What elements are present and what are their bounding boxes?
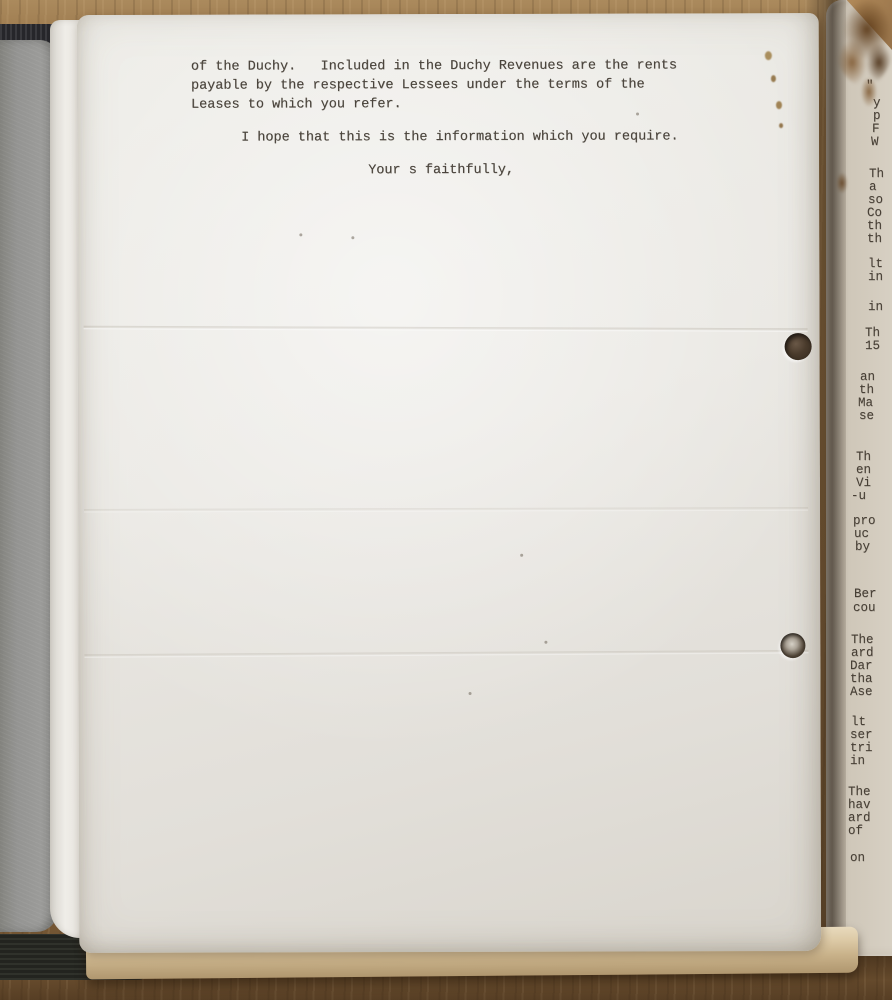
stain-speck <box>765 51 772 60</box>
right-page-text-fragment: W <box>871 136 879 149</box>
letter-body-line: payable by the respective Lessees under … <box>191 75 645 96</box>
right-page-text-fragment: by <box>855 541 870 554</box>
letter-signoff: Your s faithfully, <box>368 161 514 181</box>
right-page-text-fragment: Ber <box>854 588 877 601</box>
paper-speck <box>544 641 547 644</box>
paper-speck <box>351 236 354 239</box>
photographed-letter-scene: "ypFWThasoCoththltininTh15anthMaseThenVi… <box>0 0 892 1000</box>
paper-speck <box>469 692 472 695</box>
paper-speck <box>299 233 302 236</box>
right-page-text-fragment: 15 <box>865 340 880 353</box>
punch-hole <box>785 333 812 360</box>
fold-crease <box>84 326 808 333</box>
stain-speck <box>771 75 776 82</box>
right-page-text-fragment: in <box>868 301 883 314</box>
right-page-text-fragment: of <box>848 825 863 838</box>
fold-crease <box>84 507 808 513</box>
right-page-text-fragment: Ase <box>850 686 873 699</box>
typewritten-letter-page: of the Duchy. Included in the Duchy Reve… <box>77 13 821 953</box>
right-page-text-fragment: in <box>868 271 883 284</box>
right-page-text-fragment: on <box>850 852 865 865</box>
right-page-text-fragment: -u <box>851 490 866 503</box>
punch-hole-with-fastener <box>780 633 805 658</box>
brown-stain-small <box>834 168 850 198</box>
letter-body-line: Leases to which you refer. <box>191 95 402 115</box>
brown-stain <box>834 0 892 86</box>
brown-stain-drip <box>858 78 880 124</box>
paper-speck <box>636 113 639 116</box>
stain-speck <box>776 101 782 109</box>
right-page-text-fragment: cou <box>853 602 876 615</box>
right-page-text-fragment: th <box>867 233 882 246</box>
letter-body-line: I hope that this is the information whic… <box>241 127 679 148</box>
stain-speck <box>779 123 783 128</box>
letter-body-line: of the Duchy. Included in the Duchy Reve… <box>191 56 677 77</box>
right-page-text-fragment: se <box>859 410 874 423</box>
fold-crease <box>84 650 808 658</box>
right-page-text-fragment: in <box>850 755 865 768</box>
paper-speck <box>520 554 523 557</box>
